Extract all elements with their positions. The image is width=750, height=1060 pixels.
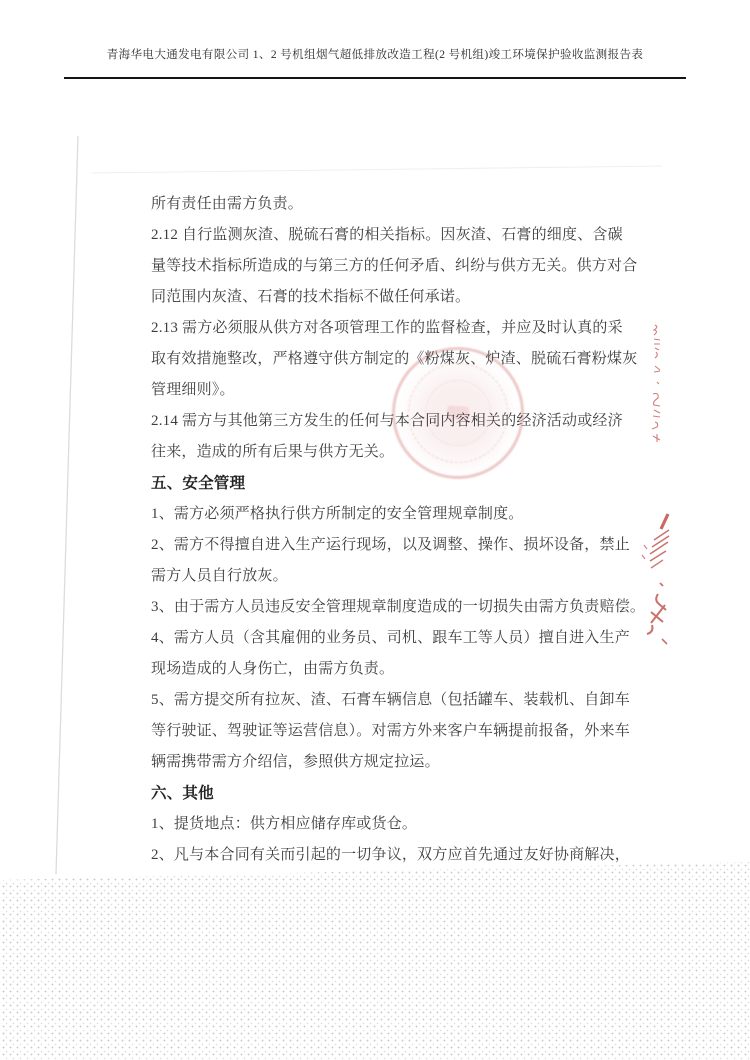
header-rule <box>64 77 686 79</box>
text-line: 需方人员自行放灰。 <box>151 561 631 592</box>
text-line: 管理细则》。 <box>151 375 631 406</box>
text-line: 所有责任由需方负责。 <box>151 189 631 220</box>
text-line: 2、需方不得擅自进入生产运行现场，以及调整、操作、损坏设备，禁止 <box>151 530 631 561</box>
scanned-document-page: 青海华电大通发电有限公司 1、2 号机组烟气超低排放改造工程(2 号机组)竣工环… <box>0 0 750 1060</box>
report-header-title: 青海华电大通发电有限公司 1、2 号机组烟气超低排放改造工程(2 号机组)竣工环… <box>0 46 750 62</box>
text-line: 1、需方必须严格执行供方所制定的安全管理规章制度。 <box>151 499 631 530</box>
section-heading-safety: 五、安全管理 <box>151 468 631 499</box>
page-top-edge <box>92 166 662 173</box>
text-line: 取有效措施整改，严格遵守供方制定的《粉煤灰、炉渣、脱硫石膏粉煤灰 <box>151 344 631 375</box>
text-line: 2.14 需方与其他第三方发生的任何与本合同内容相关的经济活动或经济 <box>151 406 631 437</box>
text-line: 2、凡与本合同有关而引起的一切争议，双方应首先通过友好协商解决， <box>151 840 631 871</box>
text-line: 5、需方提交所有拉灰、渣、石膏车辆信息（包括罐车、装载机、自卸车 <box>151 685 631 716</box>
red-stroke-cluster-icon <box>647 594 667 644</box>
contract-text-block: 所有责任由需方负责。 2.12 自行监测灰渣、脱硫石膏的相关指标。因灰渣、石膏的… <box>151 189 631 871</box>
text-line: 3、由于需方人员违反安全管理规章制度造成的一切损失由需方负责赔偿。 <box>151 592 631 623</box>
text-line: 1、提货地点：供方相应储存库或货仓。 <box>151 809 631 840</box>
text-line: 4、需方人员（含其雇佣的业务员、司机、跟车工等人员）擅自进入生产 <box>151 623 631 654</box>
red-scribble-hatch-icon <box>642 514 669 586</box>
halftone-dot-pattern <box>0 862 750 1060</box>
page-left-edge <box>56 136 78 874</box>
text-line: 量等技术指标所造成的与第三方的任何矛盾、纠纷与供方无关。供方对合 <box>151 251 631 282</box>
text-line: 辆需携带需方介绍信，参照供方规定拉运。 <box>151 747 631 778</box>
red-handwriting-column-icon <box>652 325 660 442</box>
text-line: 现场造成的人身伤亡，由需方负责。 <box>151 654 631 685</box>
text-line: 2.13 需方必须服从供方对各项管理工作的监督检查，并应及时认真的采 <box>151 313 631 344</box>
text-line: 2.12 自行监测灰渣、脱硫石膏的相关指标。因灰渣、石膏的细度、含碳 <box>151 220 631 251</box>
text-line: 往来，造成的所有后果与供方无关。 <box>151 437 631 468</box>
text-line: 等行驶证、驾驶证等运营信息）。对需方外来客户车辆提前报备，外来车 <box>151 716 631 747</box>
text-line: 同范围内灰渣、石膏的技术指标不做任何承诺。 <box>151 282 631 313</box>
section-heading-other: 六、其他 <box>151 778 631 809</box>
